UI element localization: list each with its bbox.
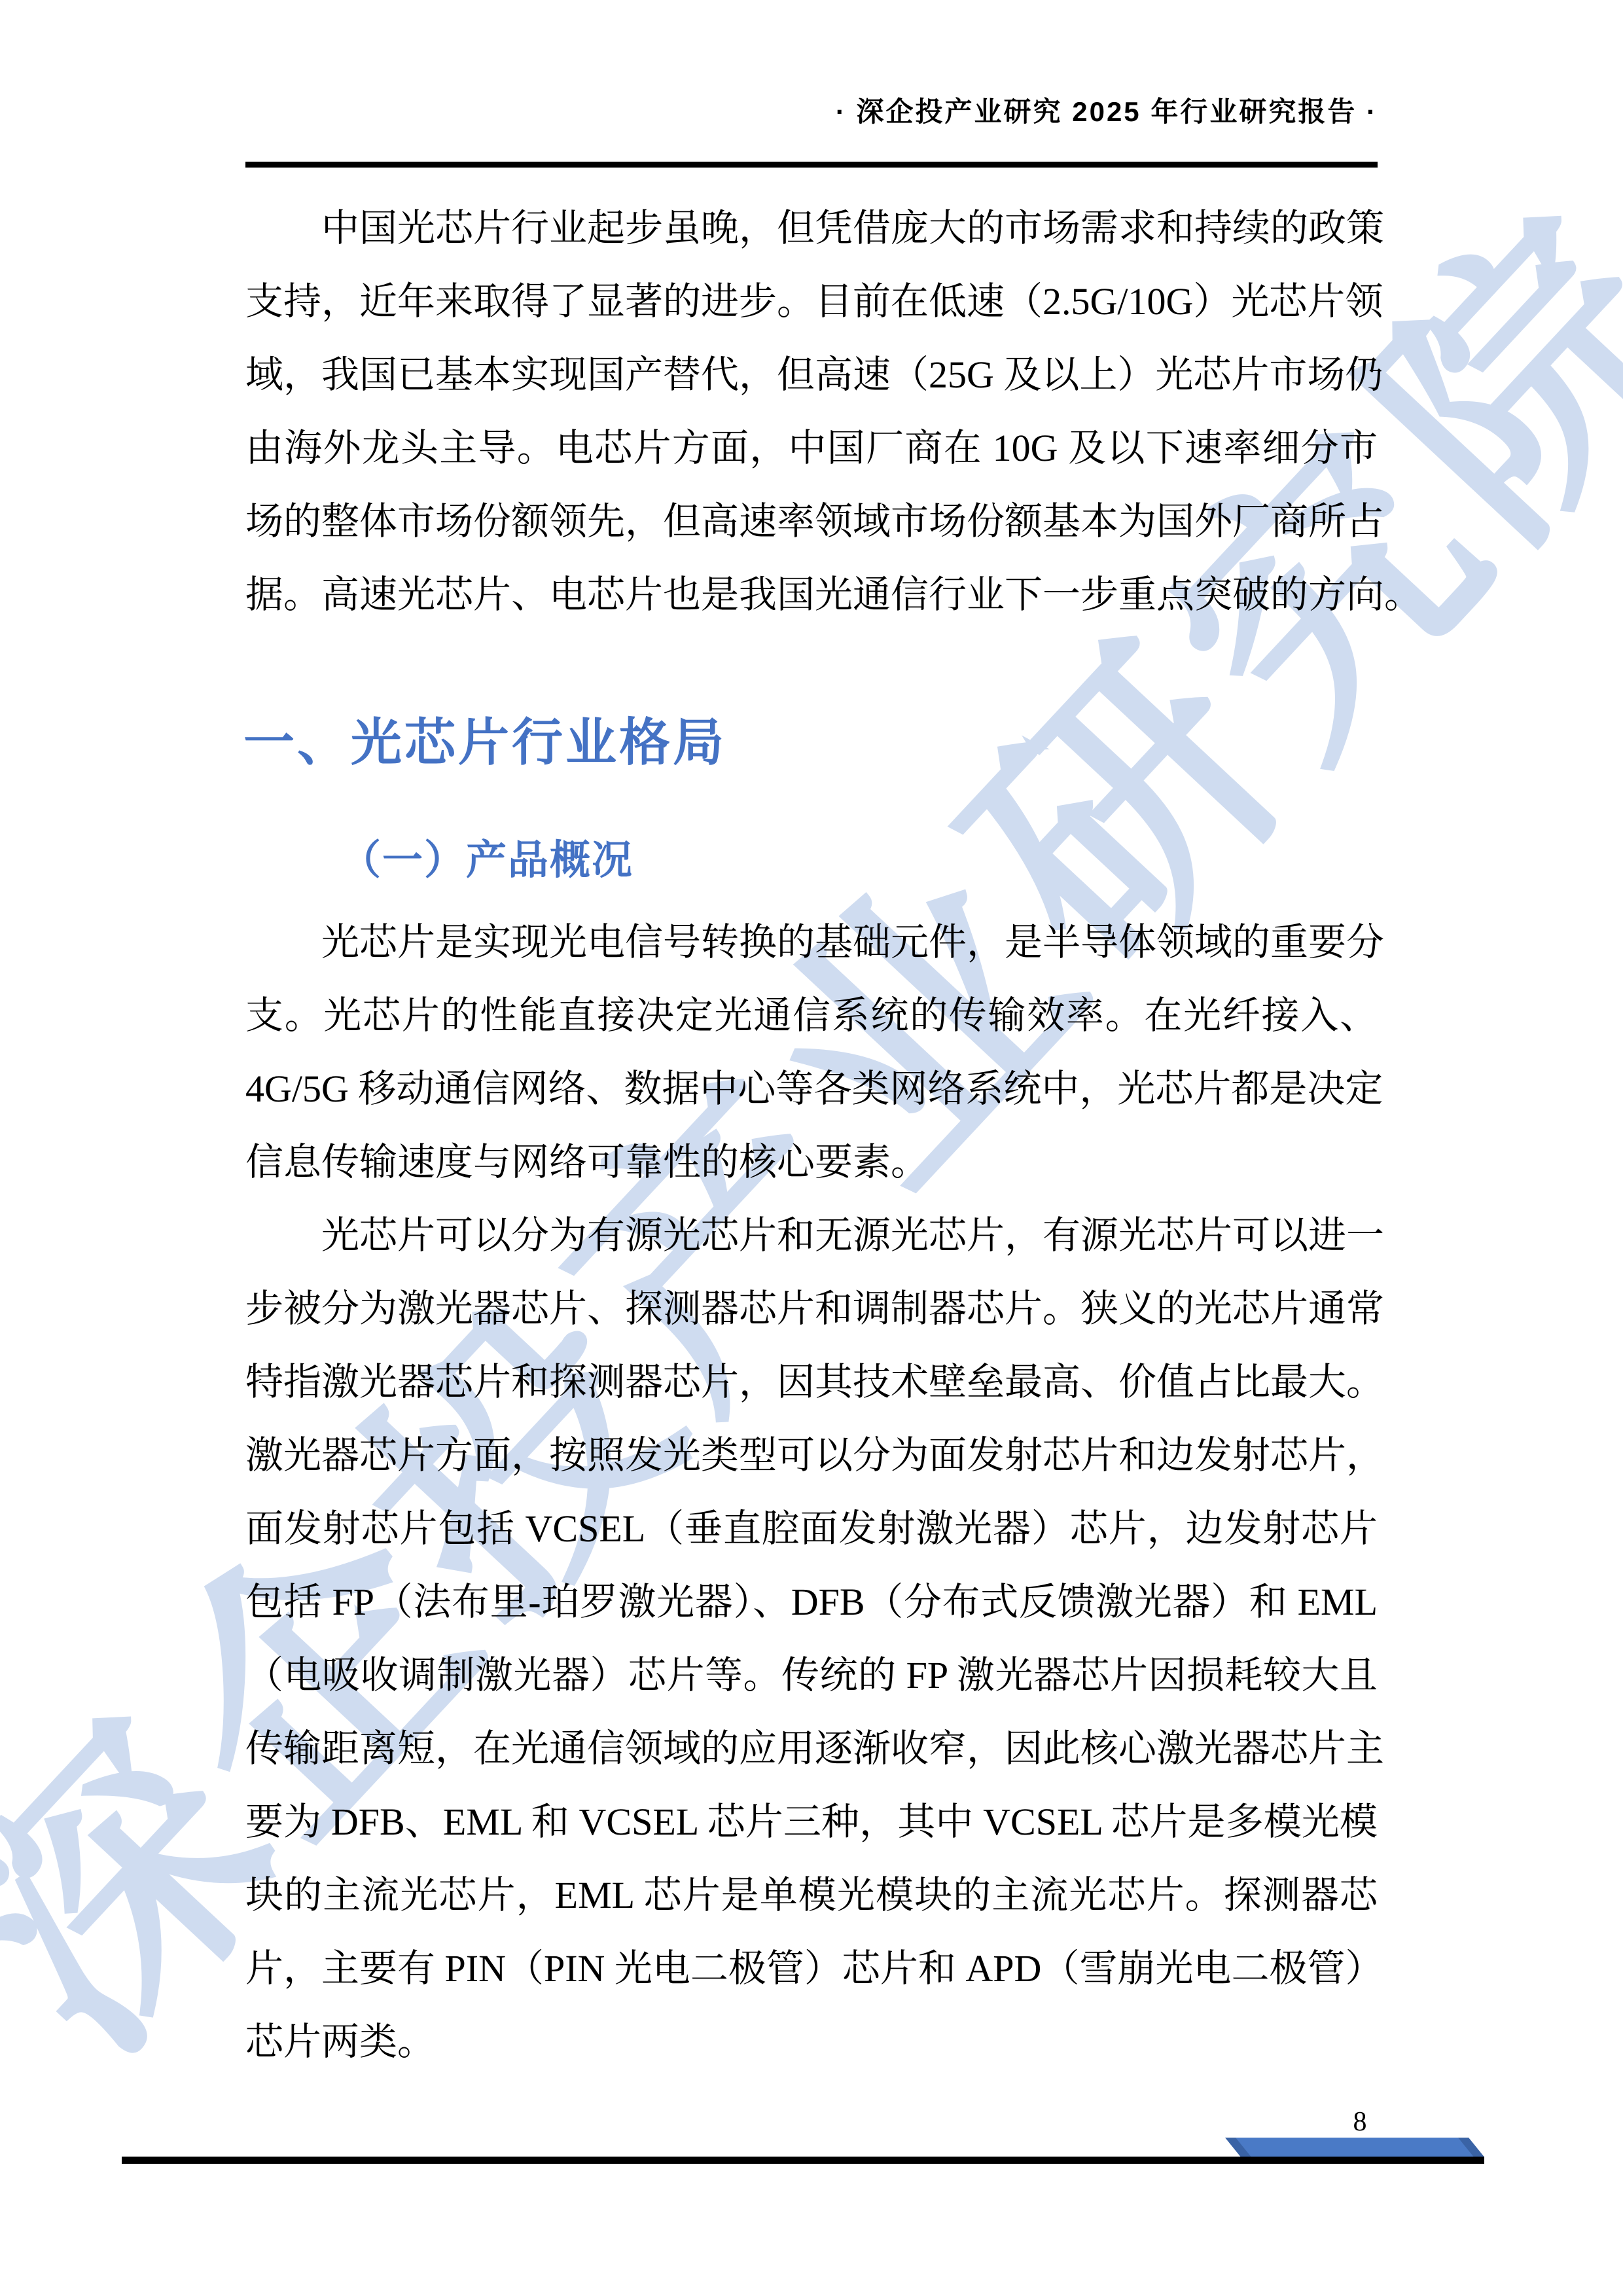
paragraph-line: 信息传输速度与网络可靠性的核心要素。 <box>245 1126 1378 1199</box>
paragraph-line: 包括 FP（法布里-珀罗激光器）、DFB（分布式反馈激光器）和 EML <box>245 1566 1378 1639</box>
paragraph-line: （电吸收调制激光器）芯片等。传统的 FP 激光器芯片因损耗较大且 <box>245 1639 1378 1712</box>
paragraph-line: 块的主流光芯片，EML 芯片是单模光模块的主流光芯片。探测器芯 <box>245 1859 1378 1932</box>
page-number: 8 <box>1334 2106 1386 2138</box>
paragraph-line: 特指激光器芯片和探测器芯片，因其技术壁垒最高、价值占比最大。 <box>245 1346 1378 1419</box>
page-content: · 深企投产业研究 2025 年行业研究报告 · 中国光芯片行业起步虽晚，但凭借… <box>0 0 1623 2296</box>
page-header-title: · 深企投产业研究 2025 年行业研究报告 · <box>836 90 1378 130</box>
paragraph-line: 传输距离短，在光通信领域的应用逐渐收窄，因此核心激光器芯片主 <box>245 1712 1378 1785</box>
paragraph-line: 据。高速光芯片、电芯片也是我国光通信行业下一步重点突破的方向。 <box>245 558 1378 632</box>
section-heading: 一、光芯片行业格局 <box>243 702 726 775</box>
paragraph: 光芯片可以分为有源光芯片和无源光芯片，有源光芯片可以进一步被分为激光器芯片、探测… <box>245 1199 1378 2079</box>
paragraph-line: 芯片两类。 <box>245 2005 1378 2079</box>
paragraph-line: 4G/5G 移动通信网络、数据中心等各类网络系统中，光芯片都是决定 <box>245 1052 1378 1126</box>
footer-rule <box>122 2157 1484 2164</box>
paragraph-line: 支持，近年来取得了显著的进步。目前在低速（2.5G/10G）光芯片领 <box>245 265 1378 338</box>
paragraph-line: 域，我国已基本实现国产替代，但高速（25G 及以上）光芯片市场仍 <box>245 338 1378 412</box>
paragraph-line: 支。光芯片的性能直接决定光通信系统的传输效率。在光纤接入、 <box>245 979 1378 1052</box>
paragraph: 中国光芯片行业起步虽晚，但凭借庞大的市场需求和持续的政策支持，近年来取得了显著的… <box>245 192 1378 632</box>
paragraph-line: 场的整体市场份额领先，但高速率领域市场份额基本为国外厂商所占 <box>245 485 1378 558</box>
paragraph-line: 光芯片是实现光电信号转换的基础元件，是半导体领域的重要分 <box>245 906 1378 979</box>
paragraph-line: 步被分为激光器芯片、探测器芯片和调制器芯片。狭义的光芯片通常 <box>245 1272 1378 1346</box>
footer-accent-shape <box>1225 2138 1484 2157</box>
paragraph-line: 光芯片可以分为有源光芯片和无源光芯片，有源光芯片可以进一 <box>245 1199 1378 1272</box>
document-page: 深企投产业研究院 · 深企投产业研究 2025 年行业研究报告 · 中国光芯片行… <box>0 0 1623 2296</box>
paragraph-line: 面发射芯片包括 VCSEL（垂直腔面发射激光器）芯片，边发射芯片 <box>245 1492 1378 1566</box>
paragraph-line: 由海外龙头主导。电芯片方面，中国厂商在 10G 及以下速率细分市 <box>245 412 1378 485</box>
paragraph: 光芯片是实现光电信号转换的基础元件，是半导体领域的重要分支。光芯片的性能直接决定… <box>245 906 1378 1199</box>
paragraph-line: 片，主要有 PIN（PIN 光电二极管）芯片和 APD（雪崩光电二极管） <box>245 1932 1378 2005</box>
subsection-heading: （一）产品概况 <box>340 827 633 886</box>
body-text-block: 光芯片是实现光电信号转换的基础元件，是半导体领域的重要分支。光芯片的性能直接决定… <box>245 906 1378 2079</box>
header-rule <box>245 162 1378 168</box>
paragraph-line: 激光器芯片方面，按照发光类型可以分为面发射芯片和边发射芯片， <box>245 1419 1378 1492</box>
paragraph-line: 要为 DFB、EML 和 VCSEL 芯片三种，其中 VCSEL 芯片是多模光模 <box>245 1785 1378 1859</box>
paragraph-line: 中国光芯片行业起步虽晚，但凭借庞大的市场需求和持续的政策 <box>245 192 1378 265</box>
